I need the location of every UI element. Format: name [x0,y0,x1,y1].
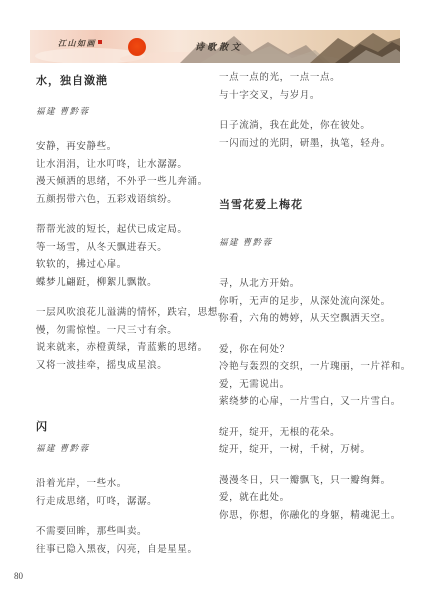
poem-line: 萦绕梦的心扉，一片雪白，又一片雪白。 [219,394,405,412]
poem-line: 软软的，拂过心扉。 [36,257,222,275]
poem-line: 你思，你想，你融化的身躯，精魂泥土。 [219,508,405,526]
book-page: 江山如画 诗歌散文 水，独自潋滟 福建 曹黔蓉 安静，再安静些。 让水涓涓，让水… [0,0,428,600]
poem-line: 你看，六角的娉婷，从天空飘洒天空。 [219,311,405,329]
poem2-stanza-2: 不需要回眸，那些叫卖。 往事已隐入黑夜，闪亮，自是星星。 [36,524,222,559]
poem-line: 等一场雪，从冬天飘进春天。 [36,240,222,258]
banner-center-calligraphy: 诗歌散文 [195,42,243,52]
poem-line: 一闪而过的光阴，研墨，执笔，轻舟。 [219,136,405,154]
poem-line: 安静，再安静些。 [36,139,222,157]
poem-line: 一点一点的光，一点一点。 [219,70,405,88]
poem-line: 不需要回眸，那些叫卖。 [36,524,222,542]
poem-line: 爱，无需说出。 [219,377,405,395]
poem-line: 冷艳与轰烈的交织，一片瑰丽，一片祥和。 [219,359,405,377]
poem-line: 往事已隐入黑夜，闪亮，自是星星。 [36,542,222,560]
spacer [219,166,405,196]
poem2-author: 福建 曹黔蓉 [36,442,222,454]
poem-line: 绽开，绽开，一树，千树，万树。 [219,442,405,460]
poem1-title: 水，独自潋滟 [36,72,222,88]
red-seal-icon [98,40,102,44]
poem-line: 沿着光岸，一些水。 [36,476,222,494]
right-column: 一点一点的光，一点一点。 与十字交叉，与岁月。 日子流淌，我在此处，你在彼处。 … [219,70,405,538]
sun-icon [128,38,146,56]
poem3-title: 当雪花爱上梅花 [219,196,405,212]
poem-line: 爱，就在此处。 [219,490,405,508]
poem-line: 漫天倾洒的思绪，不外乎一些儿奔涌。 [36,174,222,192]
poem-line: 你听，无声的足步，从深处流向深处。 [219,294,405,312]
poem-line: 一层风吹浪花儿溢满的情怀，跌宕，思想。 [36,305,222,323]
poem-line: 爱，你在何处？ [219,342,405,360]
poem-line: 慢，勿需惊惶。一尺三寸有余。 [36,323,222,341]
poem-line: 寻，从北方开始。 [219,276,405,294]
poem-line: 又将一波挂牵，摇曳成星浪。 [36,358,222,376]
continuation-stanza-1: 一点一点的光，一点一点。 与十字交叉，与岁月。 [219,70,405,105]
poem1-stanza-2: 帮帮光波的短长，起伏已成定局。 等一场雪，从冬天飘进春天。 软软的，拂过心扉。 … [36,222,222,292]
poem1-stanza-1: 安静，再安静些。 让水涓涓，让水叮咚，让水潺潺。 漫天倾洒的思绪，不外乎一些儿奔… [36,139,222,209]
left-column: 水，独自潋滟 福建 曹黔蓉 安静，再安静些。 让水涓涓，让水叮咚，让水潺潺。 漫… [36,72,222,572]
poem-line: 帮帮光波的短长，起伏已成定局。 [36,222,222,240]
poem-line: 日子流淌，我在此处，你在彼处。 [219,118,405,136]
poem2-stanza-1: 沿着光岸，一些水。 行走成思绪，叮咚，潺潺。 [36,476,222,511]
poem-line: 漫漫冬日，只一瓣飘飞，只一瓣绚舞。 [219,473,405,491]
spacer [36,388,222,418]
poem-line: 让水涓涓，让水叮咚，让水潺潺。 [36,157,222,175]
poem3-stanza-4: 漫漫冬日，只一瓣飘飞，只一瓣绚舞。 爱，就在此处。 你思，你想，你融化的身躯，精… [219,473,405,526]
poem1-stanza-3: 一层风吹浪花儿溢满的情怀，跌宕，思想。 慢，勿需惊惶。一尺三寸有余。 说来就来，… [36,305,222,375]
banner-left-calligraphy: 江山如画 [58,39,96,48]
landscape-painting: 江山如画 诗歌散文 [30,30,400,63]
poem2-title: 闪 [36,418,222,434]
continuation-stanza-2: 日子流淌，我在此处，你在彼处。 一闪而过的光阴，研墨，执笔，轻舟。 [219,118,405,153]
poem-line: 行走成思绪，叮咚，潺潺。 [36,494,222,512]
poem-line: 绽开，绽开，无根的花朵。 [219,425,405,443]
poem-line: 与十字交叉，与岁月。 [219,88,405,106]
page-number: 80 [14,571,23,581]
poem-line: 说来就来，赤橙黄绿，青蓝紫的思绪。 [36,340,222,358]
poem3-stanza-1: 寻，从北方开始。 你听，无声的足步，从深处流向深处。 你看，六角的娉婷，从天空飘… [219,276,405,329]
header-banner: 江山如画 诗歌散文 [30,30,400,63]
poem3-stanza-2: 爱，你在何处？ 冷艳与轰烈的交织，一片瑰丽，一片祥和。 爱，无需说出。 萦绕梦的… [219,342,405,412]
poem1-author: 福建 曹黔蓉 [36,105,222,117]
poem-line: 五颜拐带六色，五彩戏语缤纷。 [36,192,222,210]
poem-line: 蝶梦儿翩跹，柳絮儿飘散。 [36,275,222,293]
poem3-stanza-3: 绽开，绽开，无根的花朵。 绽开，绽开，一树，千树，万树。 [219,425,405,460]
poem3-author: 福建 曹黔蓉 [219,236,405,248]
